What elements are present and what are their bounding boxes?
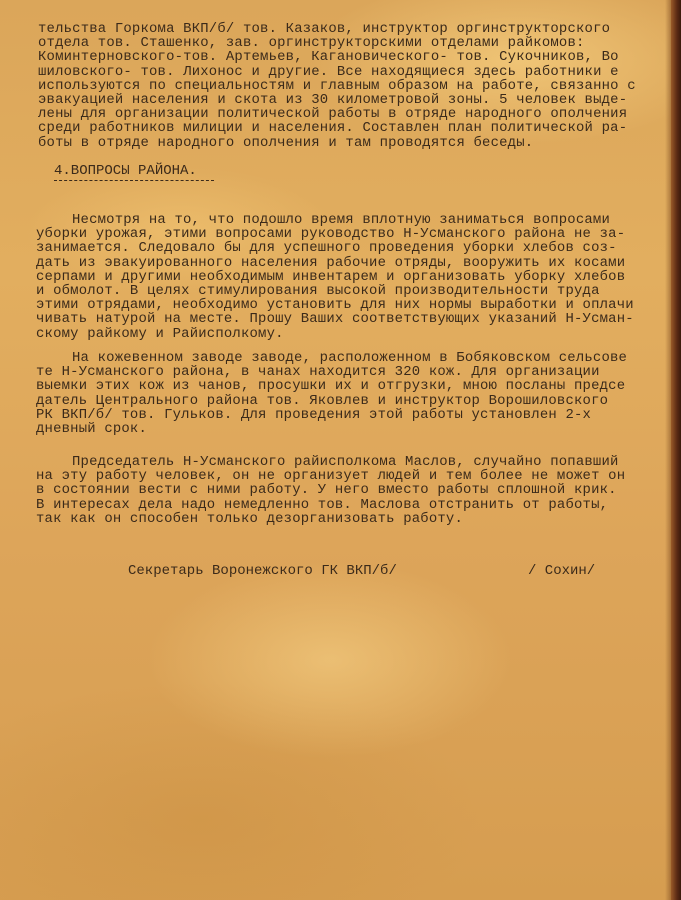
section-heading: 4.ВОПРОСЫ РАЙОНА.	[54, 163, 197, 179]
text-line: В интересах дела надо немедленно тов. Ма…	[36, 498, 608, 512]
text-line: тельства Горкома ВКП/б/ тов. Казаков, ин…	[38, 22, 610, 36]
text-line: скому райкому и Райисполкому.	[36, 327, 284, 341]
text-line: чивать натурой на месте. Прошу Ваших соо…	[36, 312, 634, 326]
signature-name: / Сохин/	[528, 563, 595, 579]
text-line: эвакуацией населения и скота из 30 килом…	[38, 93, 627, 107]
text-line: шиловского- тов. Лихонос и другие. Все н…	[38, 65, 619, 79]
text-line: Председатель Н-Усманского райисполкома М…	[72, 455, 619, 469]
text-line: этими отрядами, необходимо установить дл…	[36, 298, 634, 312]
text-line: На кожевенном заводе заводе, расположенн…	[72, 351, 627, 365]
text-line: отдела тов. Сташенко, зав. оргинструктор…	[38, 36, 585, 50]
text-line: среди работников милиции и населения. Со…	[38, 121, 627, 135]
text-line: выемки этих кож из чанов, просушки их и …	[36, 379, 625, 393]
text-line: дневный срок.	[36, 422, 147, 436]
text-line: так как он способен только дезорганизова…	[36, 512, 463, 526]
binding-edge	[671, 0, 681, 900]
text-line: серпами и другими необходимым инвентарем…	[36, 270, 625, 284]
text-line: лены для организации политической работы…	[38, 107, 627, 121]
signature-title: Секретарь Воронежского ГК ВКП/б/	[128, 563, 397, 579]
text-line: боты в отряде народного ополчения и там …	[38, 136, 533, 150]
text-line: на эту работу человек, он не организует …	[36, 469, 625, 483]
text-line: Коминтерновского-тов. Артемьев, Каганови…	[38, 50, 619, 64]
text-line: датель Центрального района тов. Яковлев …	[36, 394, 608, 408]
text-line: используются по специальностям и главным…	[38, 79, 636, 93]
text-line: уборки урожая, этими вопросами руководст…	[36, 227, 625, 241]
text-line: РК ВКП/б/ тов. Гульков. Для проведения э…	[36, 408, 591, 422]
text-line: те Н-Усманского района, в чанах находитс…	[36, 365, 600, 379]
text-line: в состоянии вести с ними работу. У него …	[36, 483, 617, 497]
text-line: занимается. Следовало бы для успешного п…	[36, 241, 617, 255]
heading-underline	[54, 180, 214, 181]
text-line: и обмолот. В целях стимулирования высоко…	[36, 284, 600, 298]
text-line: дать из эвакуированного населения рабочи…	[36, 256, 625, 270]
text-line: Несмотря на то, что подошло время вплотн…	[72, 213, 610, 227]
